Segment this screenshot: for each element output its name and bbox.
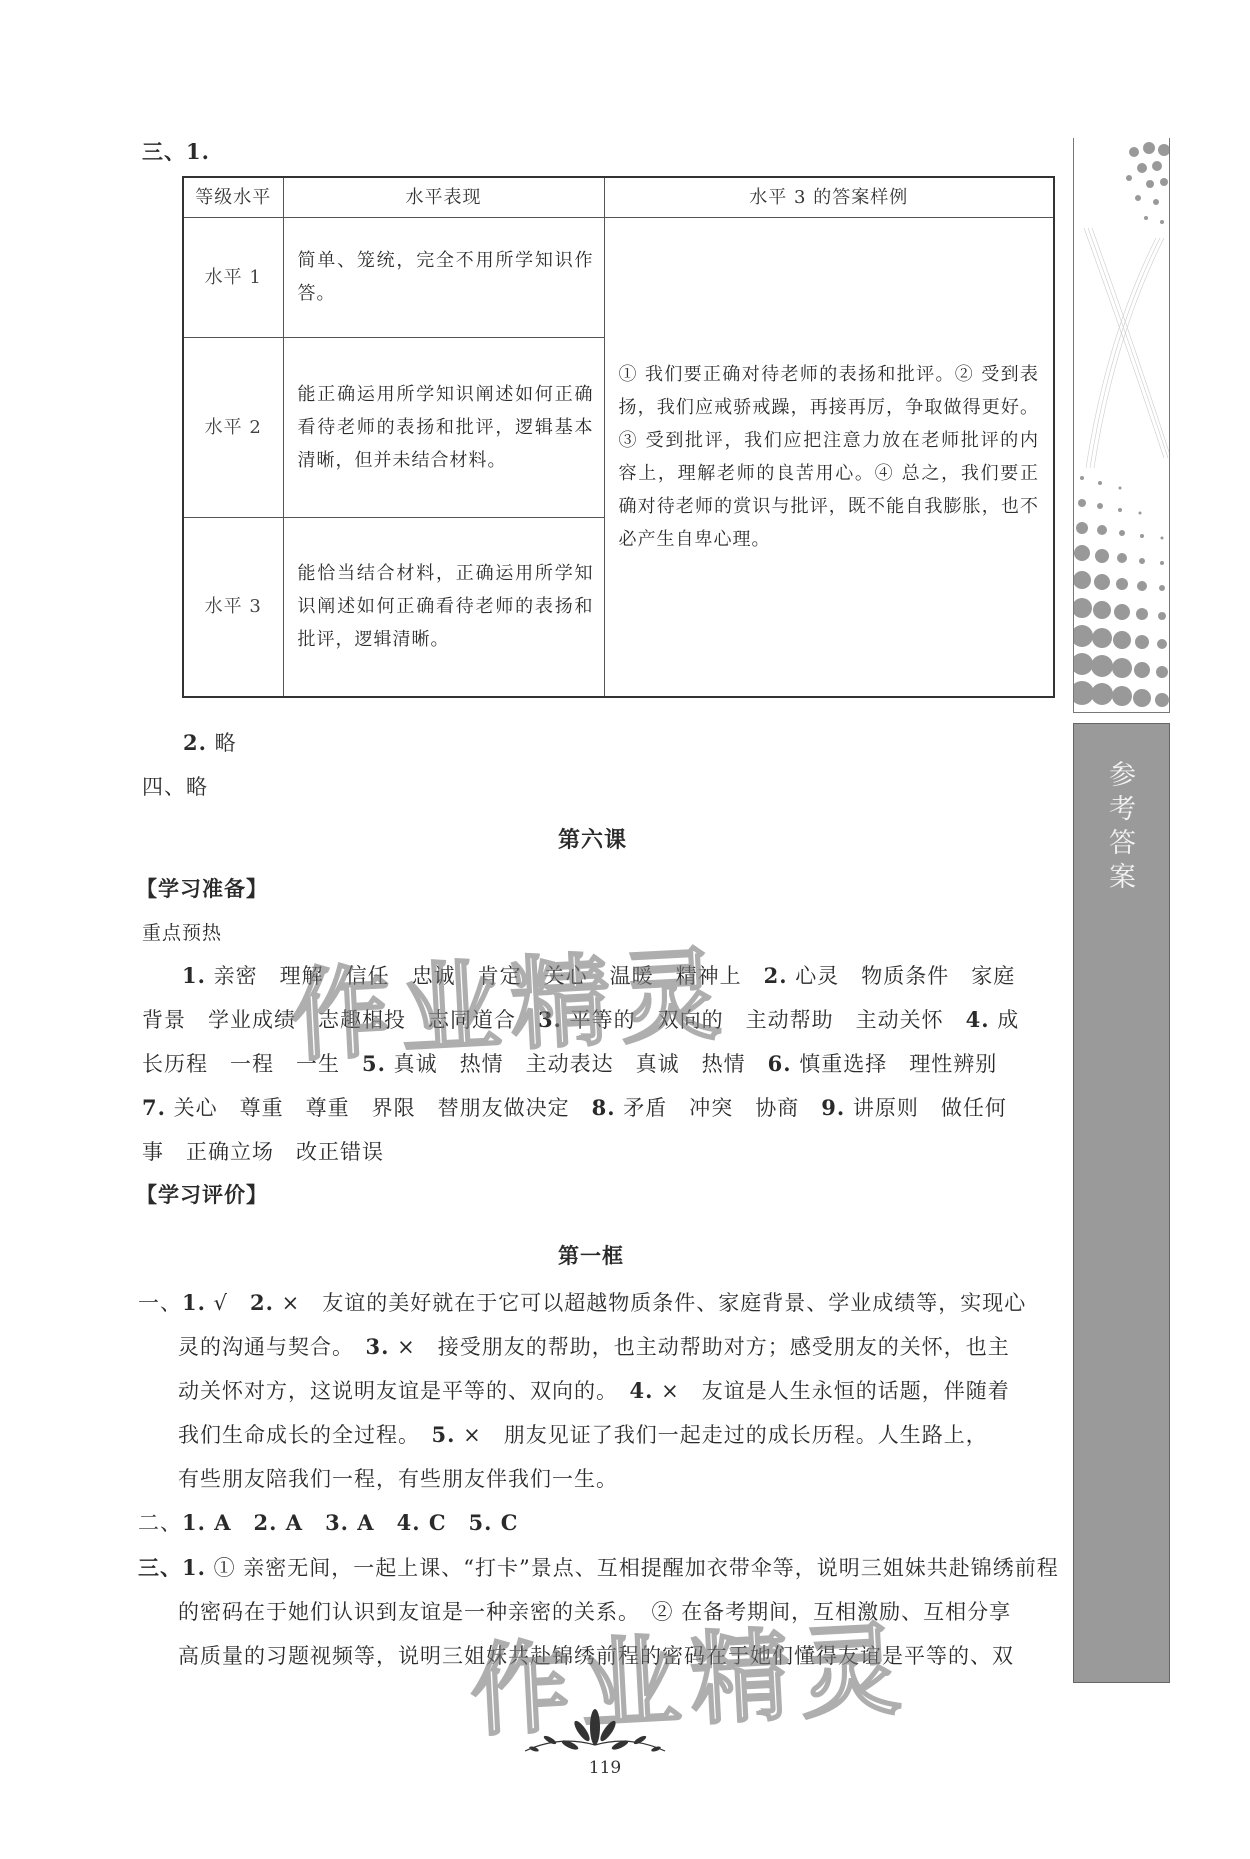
table-row: 水平 1 简单、笼统，完全不用所学知识作答。 ① 我们要正确对待老师的表扬和批评… <box>183 217 1054 337</box>
sidebar-label: 参 考 答 案 <box>1074 759 1171 895</box>
performance-cell: 能正确运用所学知识阐述如何正确看待老师的表扬和批评，逻辑基本清晰，但并未结合材料… <box>283 337 604 517</box>
part-three-line-3: 高质量的习题视频等，说明三姐妹共赴锦绣前程的密码在于她们懂得友谊是平等的、双 <box>178 1641 1014 1671</box>
page-number: 119 <box>575 1758 635 1778</box>
sidebar-tab-strip: 参 考 答 案 <box>1073 138 1170 1683</box>
sample-answer-cell: ① 我们要正确对待老师的表扬和批评。② 受到表扬，我们应戒骄戒躁，再接再厉，争取… <box>604 217 1054 697</box>
part-three-line-2: 的密码在于她们认识到友谊是一种亲密的关系。 ② 在备考期间，互相激励、互相分享 <box>178 1597 1011 1627</box>
section-three-q1-label: 三、1. <box>142 137 210 167</box>
lesson-title: 第六课 <box>558 826 627 856</box>
part-two-answers: 二、1. A 2. A 3. A 4. C 5. C <box>138 1508 519 1538</box>
eval-heading: 【学习评价】 <box>136 1180 268 1210</box>
rubric-table: 等级水平 水平表现 水平 3 的答案样例 水平 1 简单、笼统，完全不用所学知识… <box>182 176 1055 698</box>
prep-line-3: 长历程 一程 一生 5. 真诚 热情 主动表达 真诚 热情 6. 慎重选择 理性… <box>142 1049 997 1079</box>
answer-page: 三、1. 等级水平 水平表现 水平 3 的答案样例 水平 1 简单、笼统，完全不… <box>0 0 1250 1859</box>
prep-line-1: 1. 亲密 理解 信任 忠诚 肯定 关心 温暖 精神上 2. 心灵 物质条件 家… <box>182 961 1015 991</box>
performance-cell: 能恰当结合材料，正确运用所学知识阐述如何正确看待老师的表扬和批评，逻辑清晰。 <box>283 517 604 697</box>
level-cell: 水平 2 <box>183 337 283 517</box>
part-one-line-3: 动关怀对方，这说明友谊是平等的、双向的。 4. × 友谊是人生永恒的话题，伴随着 <box>178 1376 1010 1406</box>
part-one-line-4: 我们生命成长的全过程。 5. × 朋友见证了我们一起走过的成长历程。人生路上， <box>178 1420 988 1450</box>
frame-title: 第一框 <box>558 1241 624 1271</box>
reference-answers-tab: 参 考 答 案 <box>1073 723 1170 1683</box>
prep-heading: 【学习准备】 <box>136 874 268 904</box>
prep-line-5: 事 正确立场 改正错误 <box>142 1137 384 1167</box>
prep-line-2: 背景 学业成绩 志趣相投 志同道合 3. 平等的 双向的 主动帮助 主动关怀 4… <box>142 1005 1019 1035</box>
prep-line-4: 7. 关心 尊重 尊重 界限 替朋友做决定 8. 矛盾 冲突 协商 9. 讲原则… <box>142 1093 1007 1123</box>
part-one-line-1: 一、1. √ 2. × 友谊的美好就在于它可以超越物质条件、家庭背景、学业成绩等… <box>138 1288 1026 1318</box>
table-header-row: 等级水平 水平表现 水平 3 的答案样例 <box>183 177 1054 217</box>
q2-answer: 2. 略 <box>183 728 237 758</box>
level-cell: 水平 3 <box>183 517 283 697</box>
header-level: 等级水平 <box>183 177 283 217</box>
part-one-line-2: 灵的沟通与契合。 3. × 接受朋友的帮助，也主动帮助对方；感受朋友的关怀，也主 <box>178 1332 1010 1362</box>
level-cell: 水平 1 <box>183 217 283 337</box>
part-three-line-1: 三、1. ① 亲密无间，一起上课、“打卡”景点、互相提醒加衣带伞等，说明三姐妹共… <box>138 1553 1059 1583</box>
part-one-line-5: 有些朋友陪我们一程，有些朋友伴我们一生。 <box>178 1464 618 1494</box>
prep-subheading: 重点预热 <box>142 918 222 948</box>
performance-cell: 简单、笼统，完全不用所学知识作答。 <box>283 217 604 337</box>
section-four-answer: 四、略 <box>142 772 208 802</box>
header-performance: 水平表现 <box>283 177 604 217</box>
leaf-ornament-icon <box>520 1705 670 1760</box>
header-sample: 水平 3 的答案样例 <box>604 177 1054 217</box>
halftone-pattern <box>1073 138 1170 713</box>
